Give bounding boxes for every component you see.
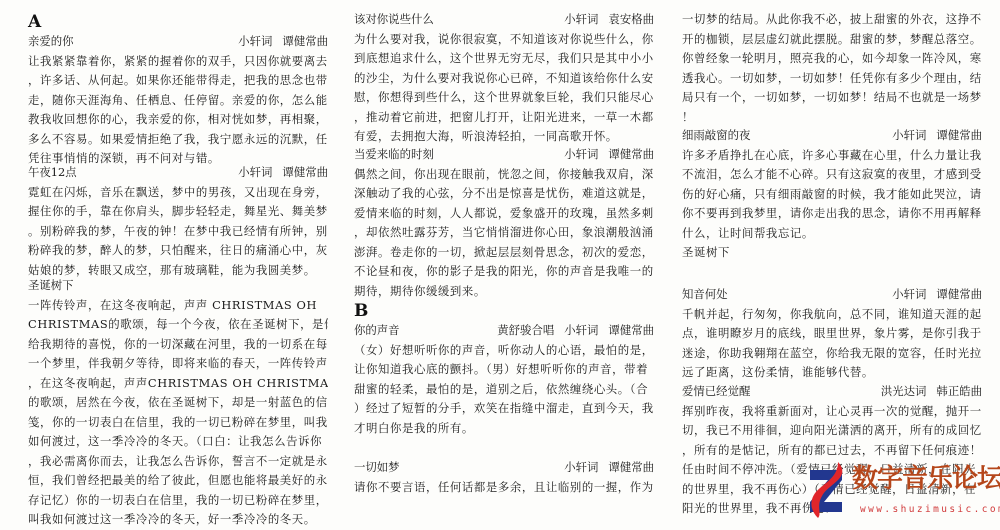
site-watermark: 数字音乐论坛 www.shuzimusic.com bbox=[808, 460, 1000, 530]
lyric-line: 粉碎我的梦，醉人的梦，只怕醒来，往日的痛涌心中，灰 bbox=[28, 241, 328, 261]
lyric-line: 澎湃。卷走你的一切，掀起层层刻骨思念，初次的爱恋， bbox=[354, 243, 654, 263]
song-credits: 小轩词 谭健常曲 bbox=[564, 458, 654, 478]
composer: 谭健常曲 bbox=[936, 285, 982, 305]
composer: 谭健常曲 bbox=[936, 126, 982, 146]
lyric-line: 的歌颂，居然在今夜，依在圣诞树下，却是一射蓝色的信 bbox=[28, 393, 328, 413]
song-header: 圣诞树下 bbox=[28, 276, 328, 296]
lyric-line: 恒，我们曾经把最美的给了彼此，但愿也能将最美好的永 bbox=[28, 471, 328, 491]
lyric-line: 多么不容易。如果爱情拒绝了我，我宁愿永远的沉默，任 bbox=[28, 130, 328, 150]
composer: 谭健常曲 bbox=[608, 145, 654, 165]
watermark-url: www.shuzimusic.com bbox=[860, 504, 1000, 515]
lyric-line: ，推动着它前进，把窗儿打开，让阳光进来，一草一木都 bbox=[354, 108, 654, 128]
song-credits: 小轩词 谭健常曲 bbox=[238, 32, 328, 52]
song-credits: 洪光达词 韩正皓曲 bbox=[881, 382, 982, 402]
lyric-line: 让我紧紧靠着你，紧紧的握着你的双手，只因你就要离去 bbox=[28, 52, 328, 72]
lyric-line: 甜蜜的轻柔，最怕的是，道别之后，依然缠绕心头。（合 bbox=[354, 380, 654, 400]
lyricist: 小轩词 bbox=[238, 32, 272, 52]
lyric-line: 不论昼和夜，你的影子是我的阳光，你的声音是我唯一的 bbox=[354, 262, 654, 282]
lyric-line: 期待，期待你缓缓到来。 bbox=[354, 282, 654, 302]
lyricist: 小轩词 bbox=[564, 145, 598, 165]
song-qin-ai-de-ni: 亲爱的你 小轩词 谭健常曲 让我紧紧靠着你，紧紧的握着你的双手，只因你就要离去 … bbox=[28, 32, 328, 169]
lyric-line: ，在这冬夜响起，声声CHRISTMAS OH CHRISTMAS bbox=[28, 374, 328, 394]
song-title: 爱情已经觉醒 bbox=[682, 382, 750, 402]
lyric-line: 笺，你的一切表白在信里，我的一切已粉碎在梦里，叫我 bbox=[28, 413, 328, 433]
song-yi-qie-ru-meng: 一切如梦 小轩词 谭健常曲 请你不要言语，任何话都是多余，且让临别的一握，作为 bbox=[354, 458, 654, 497]
lyric-line: 存记忆）你的一切表白在信里，我的一切已粉碎在梦里， bbox=[28, 491, 328, 511]
song-credits: 小轩词 谭健常曲 bbox=[238, 163, 328, 183]
song-header: 该对你说些什么 小轩词 袁安格曲 bbox=[354, 10, 654, 30]
composer: 谭健常曲 bbox=[282, 32, 328, 52]
song-wu-ye-12-dian: 午夜12点 小轩词 谭健常曲 霓虹在闪烁，音乐在飘送，梦中的男孩，又出现在身旁，… bbox=[28, 163, 328, 280]
lyric-line: 伤的好心痛，只有细雨敲窗的时候，我才能如此哭泣，请 bbox=[682, 185, 982, 205]
section-letter-a: A bbox=[28, 12, 41, 32]
lyric-line: 一切梦的结局。从此你我不必，披上甜蜜的外衣，这挣不 bbox=[682, 10, 982, 30]
song-title: 细雨敲窗的夜 bbox=[682, 126, 750, 146]
lyric-line: 教我收回想你的心，我亲爱的你，相对恍如梦，再相聚， bbox=[28, 110, 328, 130]
lyric-line: 偶然之间，你出现在眼前，恍忽之间，你接触我双肩，深 bbox=[354, 165, 654, 185]
song-header: 亲爱的你 小轩词 谭健常曲 bbox=[28, 32, 328, 52]
composer: 谭健常曲 bbox=[608, 321, 654, 341]
song-title: 你的声音 bbox=[354, 321, 400, 341]
lyric-line: CHRISTMAS的歌颂，每一个今夜，依在圣诞树下，是你 bbox=[28, 315, 328, 335]
lyric-line: 请你不要言语，任何话都是多余，且让临别的一握，作为 bbox=[354, 478, 654, 498]
song-credits: 小轩词 谭健常曲 bbox=[892, 126, 982, 146]
composer: 袁安格曲 bbox=[608, 10, 654, 30]
song-header: 你的声音 黄舒骏合唱 小轩词 谭健常曲 bbox=[354, 321, 654, 341]
song-yi-qie-ru-meng-continued: 一切梦的结局。从此你我不必，披上甜蜜的外衣，这挣不 开的枷锁，层层虚幻就此摆脱。… bbox=[682, 10, 982, 127]
song-header: 一切如梦 小轩词 谭健常曲 bbox=[354, 458, 654, 478]
song-credits: 黄舒骏合唱 小轩词 谭健常曲 bbox=[497, 321, 654, 341]
lyric-line: 挥别昨夜，我将重新面对，让心灵再一次的觉醒，抛开一 bbox=[682, 402, 982, 422]
composer: 韩正皓曲 bbox=[936, 382, 982, 402]
lyric-line: 为什么要对我，说你很寂寞，不知道该对你说些什么，你 bbox=[354, 30, 654, 50]
song-credits: 小轩词 谭健常曲 bbox=[892, 285, 982, 305]
lyricist: 洪光达词 bbox=[881, 382, 927, 402]
song-header: 爱情已经觉醒 洪光达词 韩正皓曲 bbox=[682, 382, 982, 402]
shuzimusic-logo-icon bbox=[808, 462, 848, 518]
lyric-line: ）经过了短暂的分手，欢笑在指缝中溜走，直到今天，我 bbox=[354, 399, 654, 419]
lyric-line: 你曾经象一轮明月，照亮我的心，如今却象一阵冷风，寒 bbox=[682, 49, 982, 69]
song-title: 圣诞树下 bbox=[28, 276, 74, 296]
lyric-line: 切，我已不用徘徊，迎向阳光潇洒的离开，所有的成回忆 bbox=[682, 421, 982, 441]
lyricist: 小轩词 bbox=[892, 126, 926, 146]
song-xi-yu-qiao-chuang-de-ye: 细雨敲窗的夜 小轩词 谭健常曲 许多矛盾挣扎在心底，许多心事藏在心里，什么力量让… bbox=[682, 126, 982, 263]
lyric-line: 圣诞树下 bbox=[682, 243, 982, 263]
song-header: 当爱来临的时刻 小轩词 谭健常曲 bbox=[354, 145, 654, 165]
lyric-line: 握住你的手，靠在你肩头，脚步轻轻走，舞星光、舞美梦 bbox=[28, 202, 328, 222]
lyricist: 小轩词 bbox=[564, 10, 598, 30]
lyric-line: 远了距离，这份柔情，谁能够代替。 bbox=[682, 363, 982, 383]
lyric-line: ，我必需离你而去，让我怎么告诉你，誓言不一定就是永 bbox=[28, 452, 328, 472]
song-header: 午夜12点 小轩词 谭健常曲 bbox=[28, 163, 328, 183]
lyric-line: 到底想追求什么，这个世界无穷无尽，我们只是其中小小 bbox=[354, 49, 654, 69]
lyric-line: 深触动了我的心弦，分不出是惊喜是忧伤，难道这就是， bbox=[354, 184, 654, 204]
lyric-line: 有爱，去拥抱大海，听浪涛轻拍，一同高歌开怀。 bbox=[354, 127, 654, 147]
song-credits: 小轩词 谭健常曲 bbox=[564, 145, 654, 165]
lyric-line: 给我期待的喜悦，你的一切深藏在河里，我的一切系在每 bbox=[28, 335, 328, 355]
lyric-line: 一阵传铃声，在这冬夜响起，声声 CHRISTMAS OH bbox=[28, 296, 328, 316]
lyric-line: （女）好想听听你的声音，听你动人的心语，最怕的是， bbox=[354, 341, 654, 361]
lyric-line: 你不要再到我梦里，请你走出我的思念，请你不用再解释 bbox=[682, 204, 982, 224]
lyrics-booklet-page: A 亲爱的你 小轩词 谭健常曲 让我紧紧靠着你，紧紧的握着你的双手，只因你就要离… bbox=[0, 0, 1000, 530]
lyric-line: 叫我如何渡过这一季冷冷的冬天，好一季冷冷的冬天。 bbox=[28, 510, 328, 530]
section-letter-b: B bbox=[354, 301, 368, 321]
lyric-line: ，所有的是惦记，所有的都已过去，不再留下任何痕迹！ bbox=[682, 441, 982, 461]
lyricist: 小轩词 bbox=[892, 285, 926, 305]
lyric-line: ，许多话、从何起。如果你还能带得走，把我的思念也带 bbox=[28, 71, 328, 91]
lyric-line: ，却依然吐露芬芳，当它悄悄溜进你心田，象浪潮般汹涌 bbox=[354, 223, 654, 243]
lyricist: 小轩词 bbox=[238, 163, 272, 183]
performer: 黄舒骏合唱 bbox=[497, 321, 554, 341]
lyric-line: 慰，你想得到些什么，这个世界就象巨轮，我们只能尽心 bbox=[354, 88, 654, 108]
lyric-line: 走，随你天涯海角、任栖息、任停留。亲爱的你，怎么能 bbox=[28, 91, 328, 111]
song-title: 一切如梦 bbox=[354, 458, 400, 478]
song-title: 当爱来临的时刻 bbox=[354, 145, 434, 165]
watermark-title: 数字音乐论坛 bbox=[852, 464, 1000, 494]
lyric-line: 如何渡过，这一季冷冷的冬天。（口白：让我怎么告诉你 bbox=[28, 432, 328, 452]
lyric-line: 迷途，你助我翱翔在蓝空，你给我无限的宽容，任时光拉 bbox=[682, 344, 982, 364]
song-ni-de-sheng-yin: 你的声音 黄舒骏合唱 小轩词 谭健常曲 （女）好想听听你的声音，听你动人的心语，… bbox=[354, 321, 654, 438]
song-sheng-dan-shu-xia: 圣诞树下 一阵传铃声，在这冬夜响起，声声 CHRISTMAS OH CHRIST… bbox=[28, 276, 328, 530]
lyric-line: 霓虹在闪烁，音乐在飘送，梦中的男孩，又出现在身旁， bbox=[28, 183, 328, 203]
lyric-line: 什么，让时间帮我忘记。 bbox=[682, 224, 982, 244]
song-gai-dui-ni-shuo-xie-shen-me: 该对你说些什么 小轩词 袁安格曲 为什么要对我，说你很寂寞，不知道该对你说些什么… bbox=[354, 10, 654, 147]
song-dang-ai-lai-lin-de-shi-ke: 当爱来临的时刻 小轩词 谭健常曲 偶然之间，你出现在眼前，恍忽之间，你接触我双肩… bbox=[354, 145, 654, 301]
lyricist: 小轩词 bbox=[564, 458, 598, 478]
lyric-line: 许多矛盾挣扎在心底，许多心事藏在心里，什么力量让我 bbox=[682, 146, 982, 166]
lyric-line: 爱情来临的时刻，人人都说，爱象盛开的玫瑰，虽然多刺 bbox=[354, 204, 654, 224]
lyric-line: 才明白你是我的所有。 bbox=[354, 419, 654, 439]
lyricist: 小轩词 bbox=[564, 321, 598, 341]
lyric-line: 透我心。一切如梦，一切如梦！任凭你有多少个理由，结 bbox=[682, 69, 982, 89]
lyric-line: 局只有一个，一切如梦，一切如梦！结局不也就是一场梦 bbox=[682, 88, 982, 108]
song-header: 细雨敲窗的夜 小轩词 谭健常曲 bbox=[682, 126, 982, 146]
song-title: 该对你说些什么 bbox=[354, 10, 434, 30]
song-title: 午夜12点 bbox=[28, 163, 77, 183]
song-title: 知音何处 bbox=[682, 285, 728, 305]
song-header: 知音何处 小轩词 谭健常曲 bbox=[682, 285, 982, 305]
lyric-line: 一个梦里，伴我朝夕等待，即将来临的春天，一阵传铃声 bbox=[28, 354, 328, 374]
song-title: 亲爱的你 bbox=[28, 32, 74, 52]
lyric-line: 千帆并起，行匆匆，你我航向，总不同，谁知道天涯的起 bbox=[682, 305, 982, 325]
composer: 谭健常曲 bbox=[608, 458, 654, 478]
song-zhi-yin-he-chu: 知音何处 小轩词 谭健常曲 千帆并起，行匆匆，你我航向，总不同，谁知道天涯的起 … bbox=[682, 285, 982, 383]
lyric-line: ！ bbox=[682, 108, 982, 128]
song-credits: 小轩词 袁安格曲 bbox=[564, 10, 654, 30]
lyric-line: 的沙尘，为什么要对我说你心已碎，不知道该给你什么安 bbox=[354, 69, 654, 89]
lyric-line: 不流泪，怎么才能不心碎。只有这寂寞的夜里，才感到受 bbox=[682, 165, 982, 185]
lyric-line: 开的枷锁，层层虚幻就此摆脱。甜蜜的梦，梦醒总落空。 bbox=[682, 30, 982, 50]
lyric-line: 点，谁明瞭岁月的底线，眼里世界，象片雾，是你引我于 bbox=[682, 324, 982, 344]
lyric-line: 让你知道我心底的颤抖。（男）好想听听你的声音，带着 bbox=[354, 360, 654, 380]
lyric-line: 。别粉碎我的梦，午夜的钟！在梦中我已经情有所钟，别 bbox=[28, 222, 328, 242]
composer: 谭健常曲 bbox=[282, 163, 328, 183]
